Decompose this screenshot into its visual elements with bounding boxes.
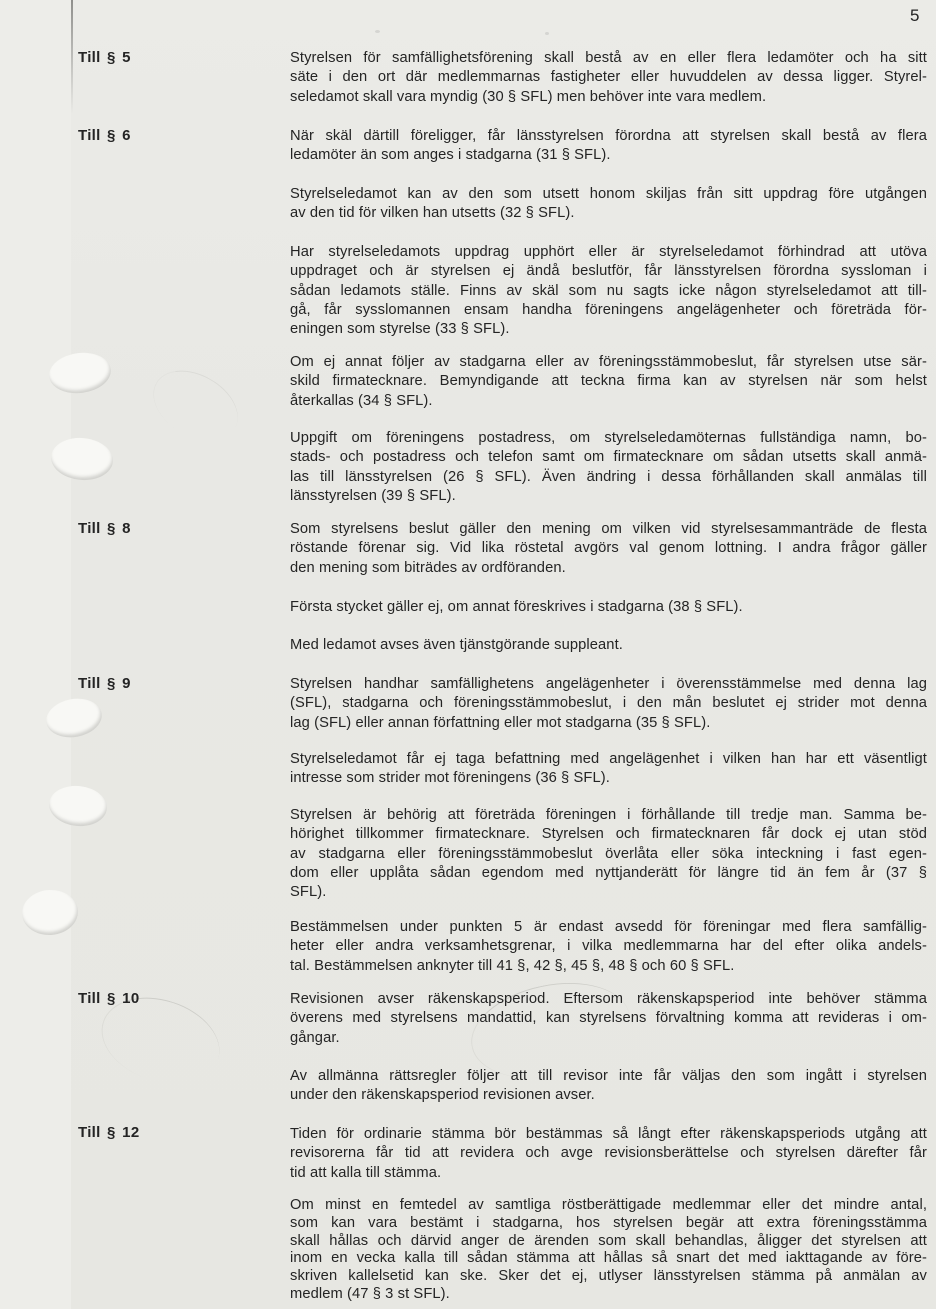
- paper-crease: [141, 356, 250, 454]
- body-paragraph: Styrelseledamot kan av den som utsett ho…: [290, 185, 927, 224]
- margin-label-till-8: Till § 8: [78, 520, 131, 537]
- body-paragraph: Styrelsen är behörig att företräda fören…: [290, 806, 927, 902]
- body-paragraph: När skäl därtill föreligger, får länssty…: [290, 127, 927, 166]
- paper-speck: [375, 30, 380, 33]
- page-number: 5: [910, 6, 920, 26]
- margin-label-till-5: Till § 5: [78, 49, 131, 66]
- margin-label-till-6: Till § 6: [78, 127, 131, 144]
- paper-speck: [545, 32, 549, 35]
- body-paragraph: Styrelseledamot får ej taga befattning m…: [290, 750, 927, 789]
- body-paragraph: Om minst en femtedel av samtliga röstber…: [290, 1197, 927, 1304]
- body-paragraph: Om ej annat följer av stadgarna eller av…: [290, 353, 927, 411]
- body-paragraph: Har styrelseledamots uppdrag upphört ell…: [290, 243, 927, 339]
- body-paragraph: Styrelsen för samfällighetsförening skal…: [290, 49, 927, 107]
- body-paragraph: Revisionen avser räkenskapsperiod. Efter…: [290, 990, 927, 1048]
- document-page: 5 Till § 5 Till § 6 Till § 8 Till § 9 Ti…: [0, 0, 936, 1309]
- page-edge-line: [71, 0, 73, 114]
- page-left-margin: [0, 0, 71, 1309]
- margin-label-till-10: Till § 10: [78, 990, 139, 1007]
- body-paragraph: Med ledamot avses även tjänstgörande sup…: [290, 636, 927, 655]
- body-paragraph: Tiden för ordinarie stämma bör bestämmas…: [290, 1125, 927, 1183]
- margin-label-till-9: Till § 9: [78, 675, 131, 692]
- body-paragraph: Första stycket gäller ej, om annat föres…: [290, 598, 927, 617]
- body-paragraph: Styrelsen handhar samfällighetens angelä…: [290, 675, 927, 733]
- body-paragraph: Bestämmelsen under punkten 5 är endast a…: [290, 918, 927, 976]
- body-paragraph: Som styrelsens beslut gäller den mening …: [290, 520, 927, 578]
- margin-label-till-12: Till § 12: [78, 1124, 139, 1141]
- body-paragraph: Av allmänna rättsregler följer att till …: [290, 1067, 927, 1106]
- body-paragraph: Uppgift om föreningens postadress, om st…: [290, 429, 927, 506]
